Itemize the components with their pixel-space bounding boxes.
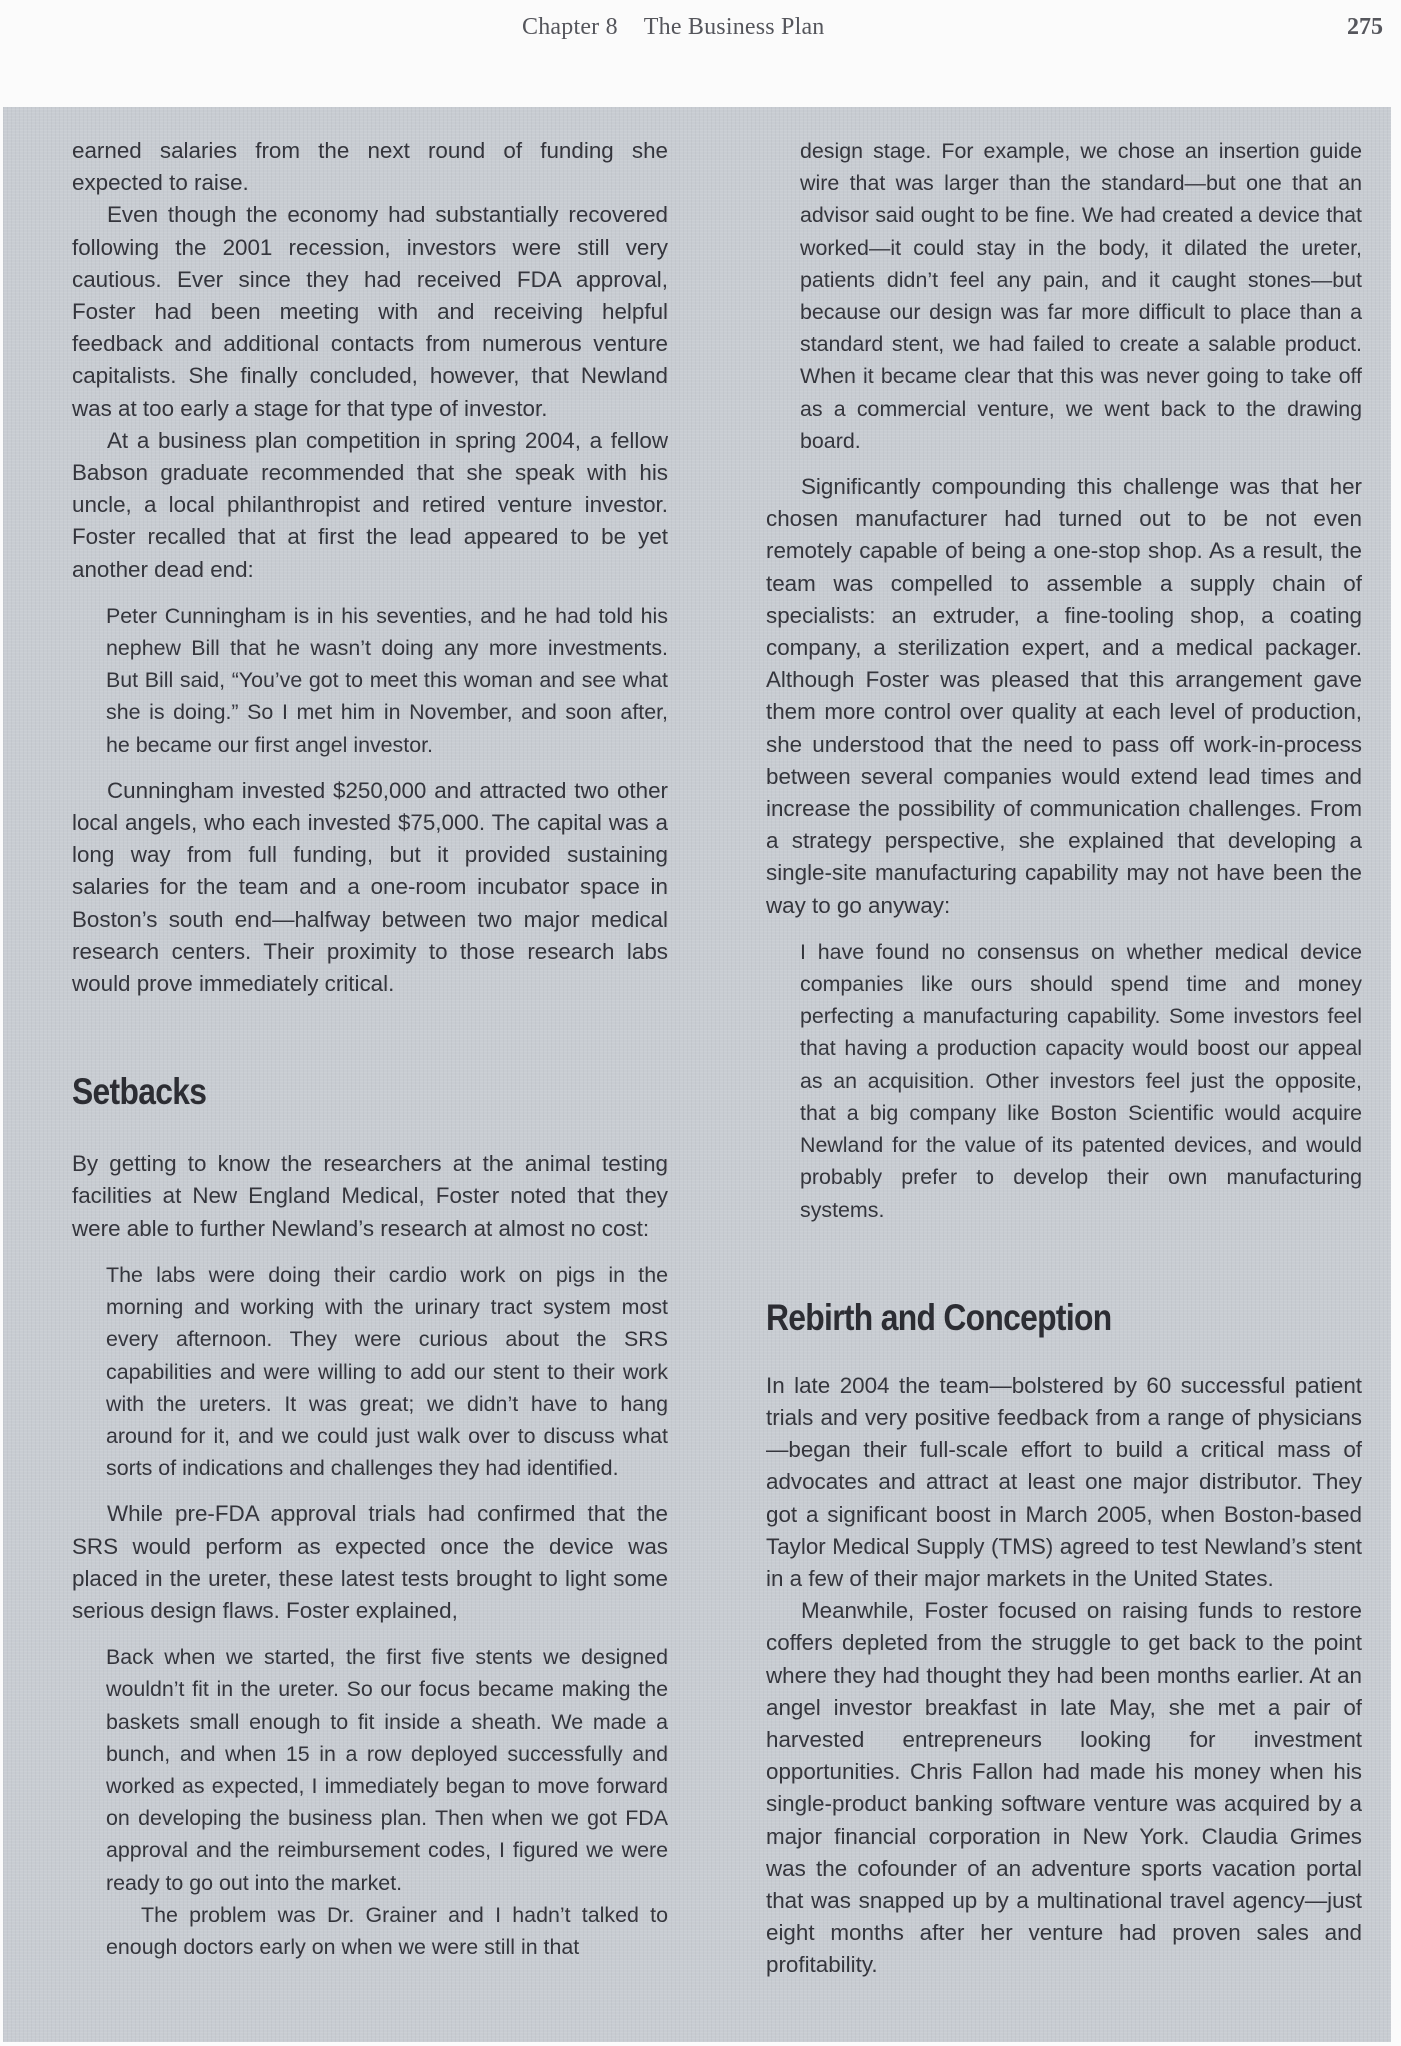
quote-text: Back when we started, the first five ste…	[106, 1641, 668, 1899]
quote-text: The problem was Dr. Grainer and I hadn’t…	[106, 1899, 668, 1963]
chapter-label: Chapter 8	[522, 14, 618, 40]
paragraph: earned salaries from the next round of f…	[72, 135, 668, 199]
block-quote: I have found no consensus on whether med…	[800, 936, 1362, 1226]
section-heading-setbacks: Setbacks	[72, 1070, 585, 1114]
paragraph: While pre-FDA approval trials had confir…	[72, 1498, 668, 1627]
running-head: Chapter 8The Business Plan 275	[0, 12, 1401, 52]
paragraph: Significantly compounding this challenge…	[766, 471, 1362, 922]
chapter-heading: Chapter 8The Business Plan	[522, 14, 825, 41]
right-column: design stage. For example, we chose an i…	[766, 135, 1362, 1982]
chapter-title: The Business Plan	[644, 14, 825, 40]
page-number: 275	[1347, 14, 1383, 41]
block-quote: The labs were doing their cardio work on…	[106, 1259, 668, 1484]
block-quote: Back when we started, the first five ste…	[106, 1641, 668, 1963]
paragraph: In late 2004 the team—bolstered by 60 su…	[766, 1370, 1362, 1595]
paragraph: At a business plan competition in spring…	[72, 425, 668, 586]
paragraph: By getting to know the researchers at th…	[72, 1148, 668, 1245]
block-quote-continued: design stage. For example, we chose an i…	[800, 135, 1362, 457]
quote-text: design stage. For example, we chose an i…	[800, 135, 1362, 457]
paragraph: Meanwhile, Foster focused on raising fun…	[766, 1595, 1362, 1981]
quote-text: I have found no consensus on whether med…	[800, 936, 1362, 1226]
quote-text: The labs were doing their cardio work on…	[106, 1259, 668, 1484]
paragraph: Even though the economy had substantiall…	[72, 199, 668, 424]
paragraph: Cunningham invested $250,000 and attract…	[72, 775, 668, 1000]
section-heading-rebirth: Rebirth and Conception	[766, 1296, 1279, 1340]
left-column: earned salaries from the next round of f…	[72, 135, 668, 1963]
quote-text: Peter Cunningham is in his seventies, an…	[106, 600, 668, 761]
block-quote: Peter Cunningham is in his seventies, an…	[106, 600, 668, 761]
